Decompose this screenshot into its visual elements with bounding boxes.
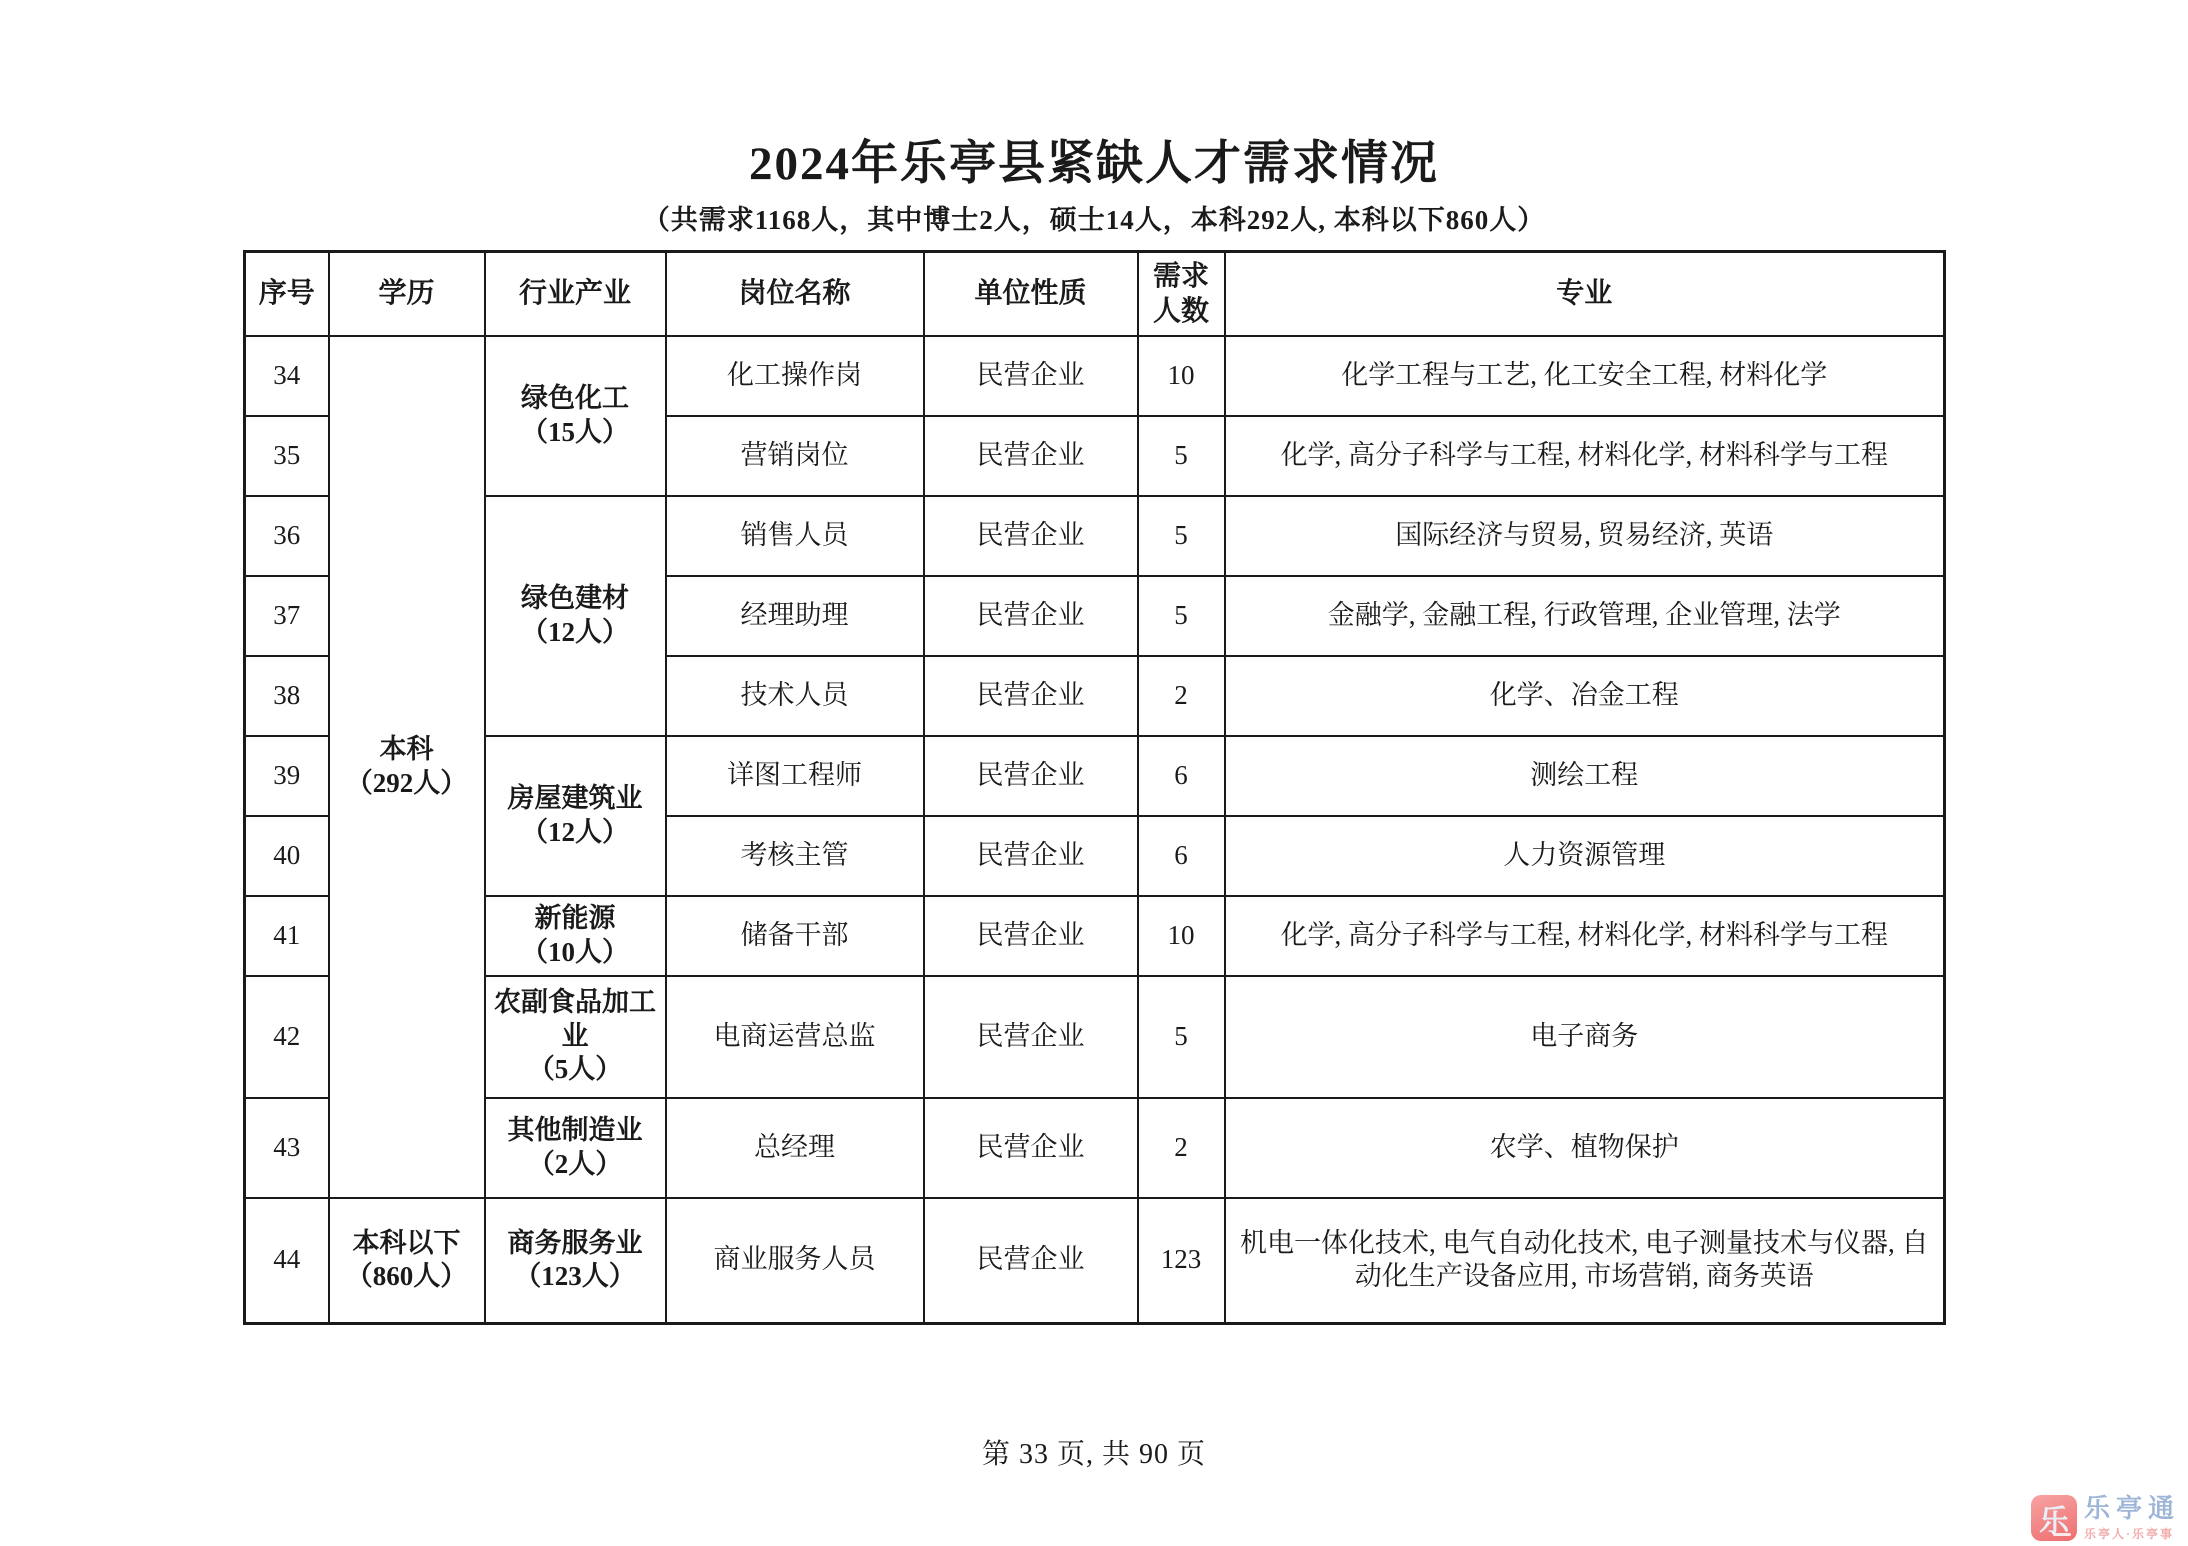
table-row: 41 新能源 （10人） 储备干部 民营企业 10 化学, 高分子科学与工程, … (245, 896, 1945, 976)
table-row: 44 本科以下 （860人） 商务服务业 （123人） 商业服务人员 民营企业 … (245, 1198, 1945, 1324)
row-number-cell: 44 (245, 1198, 329, 1324)
major-cell: 国际经济与贸易, 贸易经济, 英语 (1225, 496, 1945, 576)
industry-cell: 农副食品加工 业 （5人） (485, 976, 666, 1098)
major-cell: 农学、植物保护 (1225, 1098, 1945, 1198)
unit-cell: 民营企业 (924, 1198, 1138, 1324)
position-cell: 总经理 (666, 1098, 924, 1198)
count-cell: 5 (1138, 576, 1225, 656)
table-row: 34 本科 （292人） 绿色化工 （15人） 化工操作岗 民营企业 10 化学… (245, 336, 1945, 416)
industry-cell: 绿色建材 （12人） (485, 496, 666, 736)
row-number-cell: 34 (245, 336, 329, 416)
industry-cell: 房屋建筑业 （12人） (485, 736, 666, 896)
letingtong-watermark: 乐 乐亭通 乐亭人·乐亭事 (2031, 1495, 2180, 1542)
unit-cell: 民营企业 (924, 1098, 1138, 1198)
row-number-cell: 40 (245, 816, 329, 896)
major-cell: 化学, 高分子科学与工程, 材料化学, 材料科学与工程 (1225, 416, 1945, 496)
industry-cell: 绿色化工 （15人） (485, 336, 666, 496)
major-cell: 化学、冶金工程 (1225, 656, 1945, 736)
major-cell: 测绘工程 (1225, 736, 1945, 816)
major-cell: 化学, 高分子科学与工程, 材料化学, 材料科学与工程 (1225, 896, 1945, 976)
count-cell: 6 (1138, 816, 1225, 896)
header-industry: 行业产业 (485, 252, 666, 336)
talent-demand-table: 序号 学历 行业产业 岗位名称 单位性质 需求 人数 专业 34 本科 （292… (243, 250, 1946, 1325)
major-cell: 化学工程与工艺, 化工安全工程, 材料化学 (1225, 336, 1945, 416)
row-number-cell: 39 (245, 736, 329, 816)
count-cell: 5 (1138, 976, 1225, 1098)
page-title: 2024年乐亭县紧缺人才需求情况 (0, 126, 2188, 193)
unit-cell: 民营企业 (924, 736, 1138, 816)
header-major: 专业 (1225, 252, 1945, 336)
position-cell: 技术人员 (666, 656, 924, 736)
header-serial-number: 序号 (245, 252, 329, 336)
position-cell: 考核主管 (666, 816, 924, 896)
unit-cell: 民营企业 (924, 496, 1138, 576)
header-education: 学历 (329, 252, 485, 336)
count-cell: 10 (1138, 896, 1225, 976)
position-cell: 详图工程师 (666, 736, 924, 816)
boat-icon (2053, 1533, 2071, 1536)
count-cell: 6 (1138, 736, 1225, 816)
count-cell: 5 (1138, 416, 1225, 496)
count-cell: 5 (1138, 496, 1225, 576)
industry-cell: 商务服务业 （123人） (485, 1198, 666, 1324)
position-cell: 销售人员 (666, 496, 924, 576)
count-cell: 2 (1138, 1098, 1225, 1198)
unit-cell: 民营企业 (924, 976, 1138, 1098)
major-cell: 人力资源管理 (1225, 816, 1945, 896)
header-unit-type: 单位性质 (924, 252, 1138, 336)
row-number-cell: 35 (245, 416, 329, 496)
row-number-cell: 38 (245, 656, 329, 736)
position-cell: 商业服务人员 (666, 1198, 924, 1324)
table-row: 43 其他制造业 （2人） 总经理 民营企业 2 农学、植物保护 (245, 1098, 1945, 1198)
unit-cell: 民营企业 (924, 656, 1138, 736)
page-subtitle: （共需求1168人，其中博士2人，硕士14人，本科292人, 本科以下860人） (0, 198, 2188, 237)
unit-cell: 民营企业 (924, 336, 1138, 416)
row-number-cell: 41 (245, 896, 329, 976)
row-number-cell: 43 (245, 1098, 329, 1198)
table-header-row: 序号 学历 行业产业 岗位名称 单位性质 需求 人数 专业 (245, 252, 1945, 336)
watermark-name: 乐亭通 (2084, 1495, 2180, 1522)
count-cell: 2 (1138, 656, 1225, 736)
industry-cell: 其他制造业 （2人） (485, 1098, 666, 1198)
major-cell: 金融学, 金融工程, 行政管理, 企业管理, 法学 (1225, 576, 1945, 656)
watermark-tagline: 乐亭人·乐亭事 (2084, 1525, 2180, 1542)
row-number-cell: 37 (245, 576, 329, 656)
unit-cell: 民营企业 (924, 576, 1138, 656)
education-cell: 本科 （292人） (329, 336, 485, 1198)
position-cell: 电商运营总监 (666, 976, 924, 1098)
table-row: 42 农副食品加工 业 （5人） 电商运营总监 民营企业 5 电子商务 (245, 976, 1945, 1098)
table-row: 36 绿色建材 （12人） 销售人员 民营企业 5 国际经济与贸易, 贸易经济,… (245, 496, 1945, 576)
position-cell: 营销岗位 (666, 416, 924, 496)
table-row: 39 房屋建筑业 （12人） 详图工程师 民营企业 6 测绘工程 (245, 736, 1945, 816)
education-cell: 本科以下 （860人） (329, 1198, 485, 1324)
page-indicator: 第 33 页, 共 90 页 (0, 1432, 2188, 1472)
unit-cell: 民营企业 (924, 416, 1138, 496)
count-cell: 10 (1138, 336, 1225, 416)
count-cell: 123 (1138, 1198, 1225, 1324)
letingtong-logo-icon: 乐 (2031, 1495, 2077, 1541)
unit-cell: 民营企业 (924, 896, 1138, 976)
position-cell: 经理助理 (666, 576, 924, 656)
position-cell: 储备干部 (666, 896, 924, 976)
row-number-cell: 42 (245, 976, 329, 1098)
major-cell: 电子商务 (1225, 976, 1945, 1098)
header-headcount: 需求 人数 (1138, 252, 1225, 336)
unit-cell: 民营企业 (924, 816, 1138, 896)
position-cell: 化工操作岗 (666, 336, 924, 416)
header-position: 岗位名称 (666, 252, 924, 336)
major-cell: 机电一体化技术, 电气自动化技术, 电子测量技术与仪器, 自动化生产设备应用, … (1225, 1198, 1945, 1324)
industry-cell: 新能源 （10人） (485, 896, 666, 976)
row-number-cell: 36 (245, 496, 329, 576)
